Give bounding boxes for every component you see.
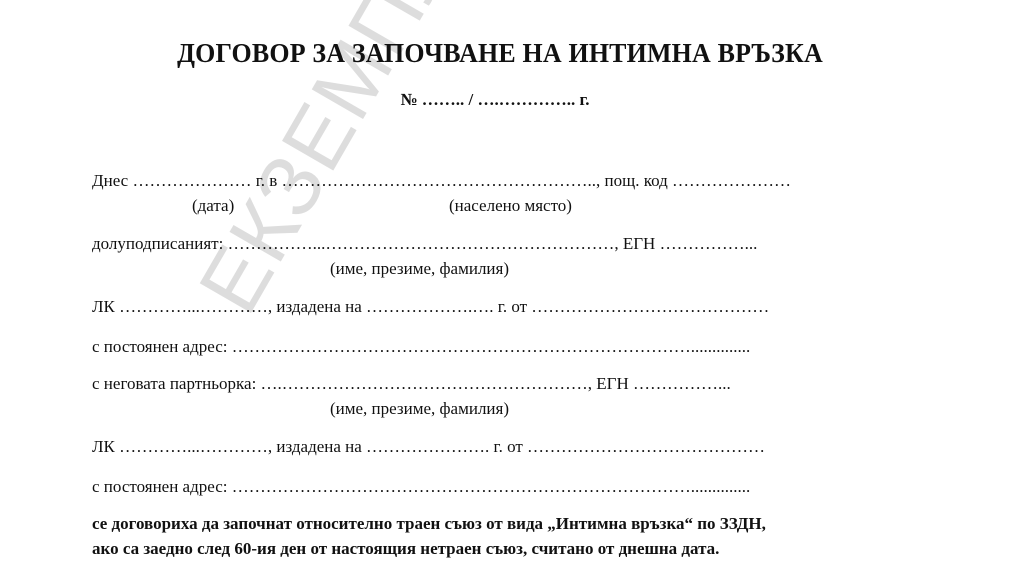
address-line-2: с постоянен адрес: ………………………………………………………… bbox=[92, 477, 750, 497]
date-place-line: Днес ………………… г. в ……………………………………………….., … bbox=[92, 171, 791, 191]
address-line-1: с постоянен адрес: ………………………………………………………… bbox=[92, 337, 750, 357]
hint-name-1: (име, презиме, фамилия) bbox=[330, 259, 509, 279]
agreement-text-2: ако са заедно след 60-ия ден от настоящи… bbox=[92, 539, 719, 559]
partner-line: с неговата партньорка: ….………………………………………… bbox=[92, 374, 731, 394]
hint-name-2: (име, презиме, фамилия) bbox=[330, 399, 509, 419]
signatory-line: долуподписаният: ……………...………………………………………… bbox=[92, 234, 757, 254]
hint-place: (населено място) bbox=[449, 196, 572, 216]
hint-date: (дата) bbox=[192, 196, 234, 216]
id-card-line-1: ЛК …………...…………, издадена на ……………….…. г.… bbox=[92, 297, 769, 317]
document-title: ДОГОВОР ЗА ЗАПОЧВАНЕ НА ИНТИМНА ВРЪЗКА bbox=[20, 38, 980, 69]
agreement-text-1: се договориха да започнат относително тр… bbox=[92, 514, 766, 534]
id-card-line-2: ЛК …………...…………, издадена на …………………. г. … bbox=[92, 437, 765, 457]
contract-number: № …….. / ….………….. г. bbox=[0, 90, 990, 110]
contract-page: ЕКЗЕМПЛЯР ЗА НЕНОРМАЛНИ ДОГОВОР ЗА ЗАПОЧ… bbox=[0, 0, 1024, 576]
